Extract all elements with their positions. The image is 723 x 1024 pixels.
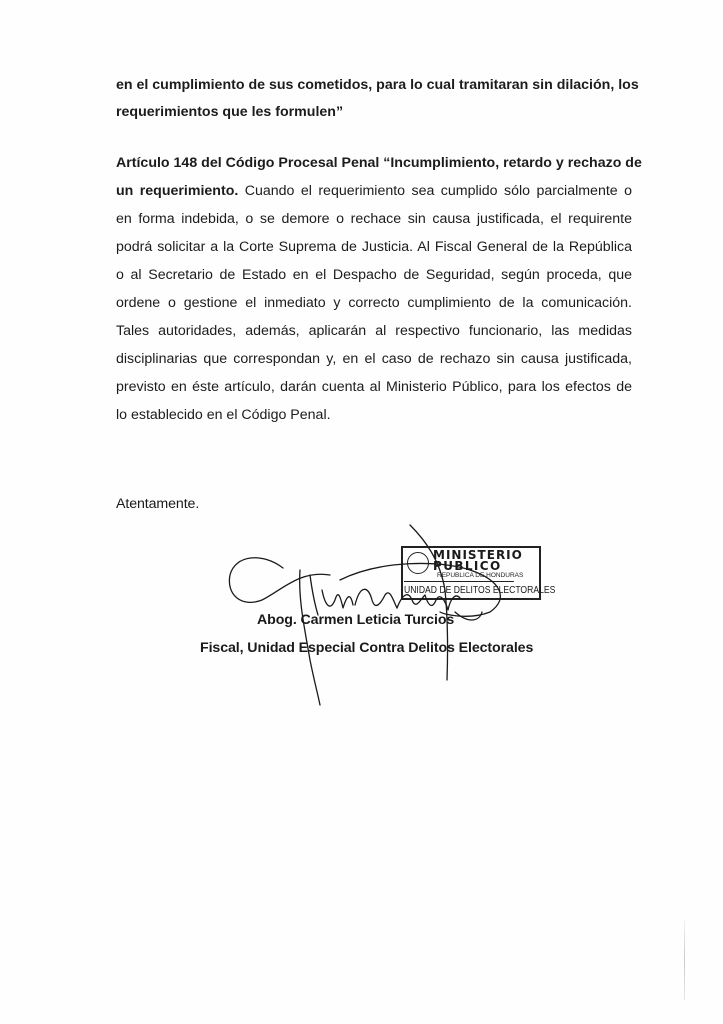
article-line: podrá solicitar a la Corte Suprema de Ju…: [116, 239, 632, 255]
official-stamp: MINISTERIO PUBLICO REPUBLICA DE HONDURAS…: [401, 546, 541, 600]
continuation-line-2: requerimientos que les formulen”: [116, 104, 632, 120]
closing: Atentamente.: [116, 496, 199, 512]
continuation-line-1: en el cumplimiento de sus cometidos, par…: [116, 77, 632, 93]
document-page: en el cumplimiento de sus cometidos, par…: [0, 0, 723, 1024]
article-line: lo establecido en el Código Penal.: [116, 407, 632, 423]
article-line: previsto en éste artículo, darán cuenta …: [116, 379, 632, 395]
article-line: disciplinarias que correspondan y, en el…: [116, 351, 632, 367]
stamp-line-4: UNIDAD DE DELITOS ELECTORALES: [404, 581, 514, 596]
article-line: o al Secretario de Estado en el Despacho…: [116, 267, 632, 283]
stamp-line-3: REPUBLICA DE HONDURAS: [437, 572, 523, 579]
article-line: en forma indebida, o se demore o rechace…: [116, 211, 632, 227]
seal-icon: [407, 552, 429, 574]
stamp-line-2: PUBLICO: [433, 559, 502, 573]
article-line: ordene o gestione el inmediato y correct…: [116, 295, 632, 311]
article-line: Tales autoridades, además, aplicarán al …: [116, 323, 632, 339]
scan-edge-line: [684, 920, 685, 1000]
article-line-2-text: Cuando el requerimiento sea cumplido sól…: [238, 183, 632, 199]
signature-icon: [0, 0, 723, 1024]
signatory-name: Abog. Carmen Leticia Turcios: [257, 612, 454, 628]
article-heading-cont: un requerimiento.: [116, 183, 238, 199]
article-line-2: un requerimiento. Cuando el requerimient…: [116, 183, 632, 199]
signatory-title: Fiscal, Unidad Especial Contra Delitos E…: [200, 640, 533, 656]
article-heading: Artículo 148 del Código Procesal Penal “…: [116, 155, 632, 171]
